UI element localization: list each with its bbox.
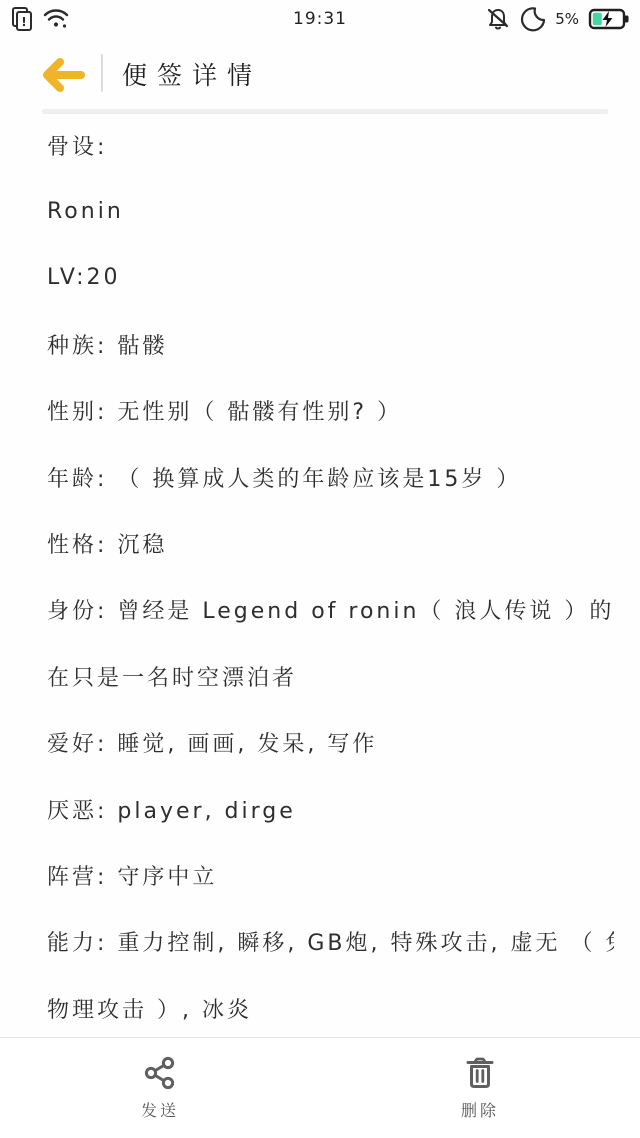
send-label: 发送: [141, 1098, 179, 1121]
note-line: LV:20: [47, 245, 614, 311]
note-line: 种族: 骷髅: [47, 311, 614, 377]
battery-percent: 5%: [555, 10, 579, 28]
note-line: 在只是一名时空漂泊者: [47, 643, 614, 709]
svg-text:!: !: [21, 15, 26, 29]
note-line: 厌恶: player, dirge: [47, 776, 614, 842]
status-bar: 19:31 !: [0, 0, 640, 36]
page-title: 便签详情: [122, 56, 262, 92]
note-line: 性别: 无性别（ 骷髅有性别? ）: [47, 378, 614, 444]
note-line: 阵营: 守序中立: [47, 842, 614, 908]
delete-button[interactable]: 删除: [320, 1038, 640, 1138]
back-button[interactable]: [40, 56, 86, 94]
delete-label: 删除: [461, 1098, 499, 1121]
trash-icon: [462, 1055, 498, 1091]
note-line: 能力: 重力控制, 瞬移, GB炮, 特殊攻击, 虚无 （ 免疫: [47, 909, 614, 975]
note-line: 爱好: 睡觉, 画画, 发呆, 写作: [47, 710, 614, 776]
bottom-action-bar: 发送 删除: [0, 1037, 640, 1138]
share-icon: [142, 1055, 178, 1091]
moon-icon: [520, 6, 546, 32]
status-right-icons: 5%: [485, 6, 630, 32]
bell-muted-icon: [485, 6, 511, 32]
status-left-icons: !: [10, 6, 72, 32]
wifi-icon: [42, 6, 72, 32]
note-line: 身份: 曾经是 Legend of ronin（ 浪人传说 ）的审判者, 现: [47, 577, 614, 643]
header: 便签详情: [0, 44, 640, 106]
send-button[interactable]: 发送: [0, 1038, 320, 1138]
note-line: 年龄: （ 换算成人类的年龄应该是15岁 ）: [47, 444, 614, 510]
arrow-left-icon: [40, 56, 86, 94]
header-divider: [101, 54, 103, 92]
sim-alert-icon: !: [10, 6, 34, 32]
note-content[interactable]: 骨设: Ronin LV:20 种族: 骷髅 性别: 无性别（ 骷髅有性别? ）…: [47, 112, 614, 1036]
note-line: 骨设:: [47, 112, 614, 178]
note-line: Ronin: [47, 178, 614, 244]
note-line: 物理攻击 ）, 冰炎: [47, 975, 614, 1036]
note-detail-screen: 19:31 !: [0, 0, 640, 1138]
note-line: 性格: 沉稳: [47, 510, 614, 576]
battery-charging-icon: [588, 7, 630, 31]
